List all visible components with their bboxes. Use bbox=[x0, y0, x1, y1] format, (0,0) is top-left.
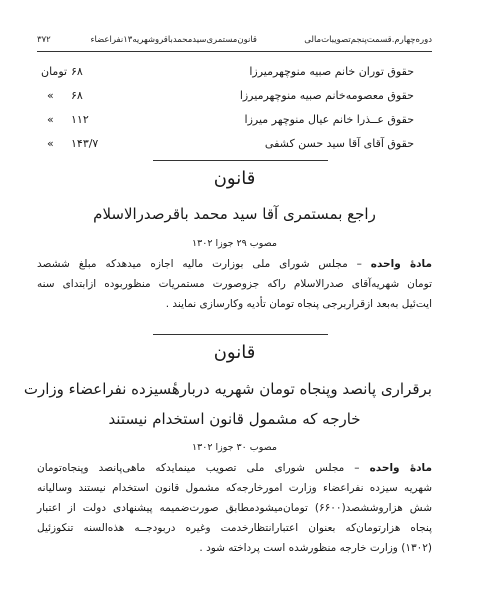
salary-label: حقوق آقای آقا سید حسن کشفی bbox=[265, 135, 414, 153]
article-line: (۱۳۰۲) وزارت خارجه منظورشده است پرداخته … bbox=[37, 538, 432, 558]
law2-article: مادهٔ واحده – مجلس شورای ملی تصویب مینما… bbox=[37, 458, 432, 558]
salary-unit: » bbox=[47, 111, 54, 129]
law1-title: راجع بمستمری آقا سید محمد باقرصدرالاسلام bbox=[37, 205, 432, 223]
article-line: مادهٔ واحده – مجلس شورای ملی بوزارت مالی… bbox=[37, 254, 432, 274]
law1-approval-date: مصوب ۲۹ جوزا ۱۳۰۲ bbox=[37, 238, 432, 249]
salary-amount: ۱۴۳/۷ bbox=[71, 135, 98, 153]
law1-heading: قانون bbox=[37, 168, 432, 189]
section-divider bbox=[153, 334, 328, 335]
header-rule bbox=[37, 51, 432, 52]
section-divider bbox=[153, 160, 328, 161]
law2-heading: قانون bbox=[37, 342, 432, 363]
law2-approval-date: مصوب ۳۰ جوزا ۱۳۰۲ bbox=[37, 442, 432, 453]
salary-label: حقوق عــذرا خانم عیال منوچهر میرزا bbox=[245, 111, 414, 129]
salary-unit: تومان bbox=[41, 63, 67, 81]
salary-unit: » bbox=[47, 135, 54, 153]
salary-amount: ۶۸ bbox=[71, 87, 83, 105]
salary-label: حقوق معصومه‌خانم صبیه منوچهرمیرزا bbox=[240, 87, 414, 105]
article-line: تومان شهریه‌آقای صدرالاسلام راکه جزوصورت… bbox=[37, 274, 432, 294]
article-label: مادهٔ واحده bbox=[371, 258, 432, 270]
salary-row: حقوق آقای آقا سید حسن کشفی ۱۴۳/۷ » bbox=[37, 135, 432, 153]
salary-amount: ۱۱۲ bbox=[71, 111, 89, 129]
running-head-section: دوره‌چهارم.قسمت‌پنجم‌تصویبات‌مالی bbox=[304, 35, 432, 45]
salary-row: حقوق معصومه‌خانم صبیه منوچهرمیرزا ۶۸ » bbox=[37, 87, 432, 105]
salary-amount: ۶۸ bbox=[71, 63, 83, 81]
law2-title-line1: برقراری پانصد وپنجاه تومان شهریه دربارهٔ… bbox=[37, 380, 432, 398]
article-line: ایت‌ئیل به‌بعد ازقراربرجی پنجاه تومان تأ… bbox=[37, 294, 432, 314]
article-line: شش هزاروششصد(۶۶۰۰) تومان‌میشودمطابق صورت… bbox=[37, 498, 432, 518]
article-line: پنجاه هزارتومان‌که بعنوان اعتبارانتظارخد… bbox=[37, 518, 432, 538]
article-line: شهریه سیزده نفراعضاء وزارت امورخارجه‌که … bbox=[37, 478, 432, 498]
salary-unit: » bbox=[47, 87, 54, 105]
running-head-title: قانون‌مستمری‌سیدمحمدباقروشهریه۱۳نفراعضاء bbox=[90, 35, 257, 45]
document-page: دوره‌چهارم.قسمت‌پنجم‌تصویبات‌مالی قانون‌… bbox=[37, 0, 432, 599]
article-line: مادهٔ واحده – مجلس شورای ملی تصویب مینما… bbox=[37, 458, 432, 478]
salary-row: حقوق توران خانم صبیه منوچهرمیرزا ۶۸ توما… bbox=[37, 63, 432, 81]
salary-label: حقوق توران خانم صبیه منوچهرمیرزا bbox=[249, 63, 414, 81]
salary-row: حقوق عــذرا خانم عیال منوچهر میرزا ۱۱۲ » bbox=[37, 111, 432, 129]
running-head: دوره‌چهارم.قسمت‌پنجم‌تصویبات‌مالی قانون‌… bbox=[37, 32, 432, 48]
article-label: مادهٔ واحده bbox=[370, 462, 432, 474]
law2-title-line2: خارجه که مشمول قانون استخدام نیستند bbox=[37, 410, 432, 428]
page-number: ۳۷۲ bbox=[37, 35, 51, 45]
law1-article: مادهٔ واحده – مجلس شورای ملی بوزارت مالی… bbox=[37, 254, 432, 314]
